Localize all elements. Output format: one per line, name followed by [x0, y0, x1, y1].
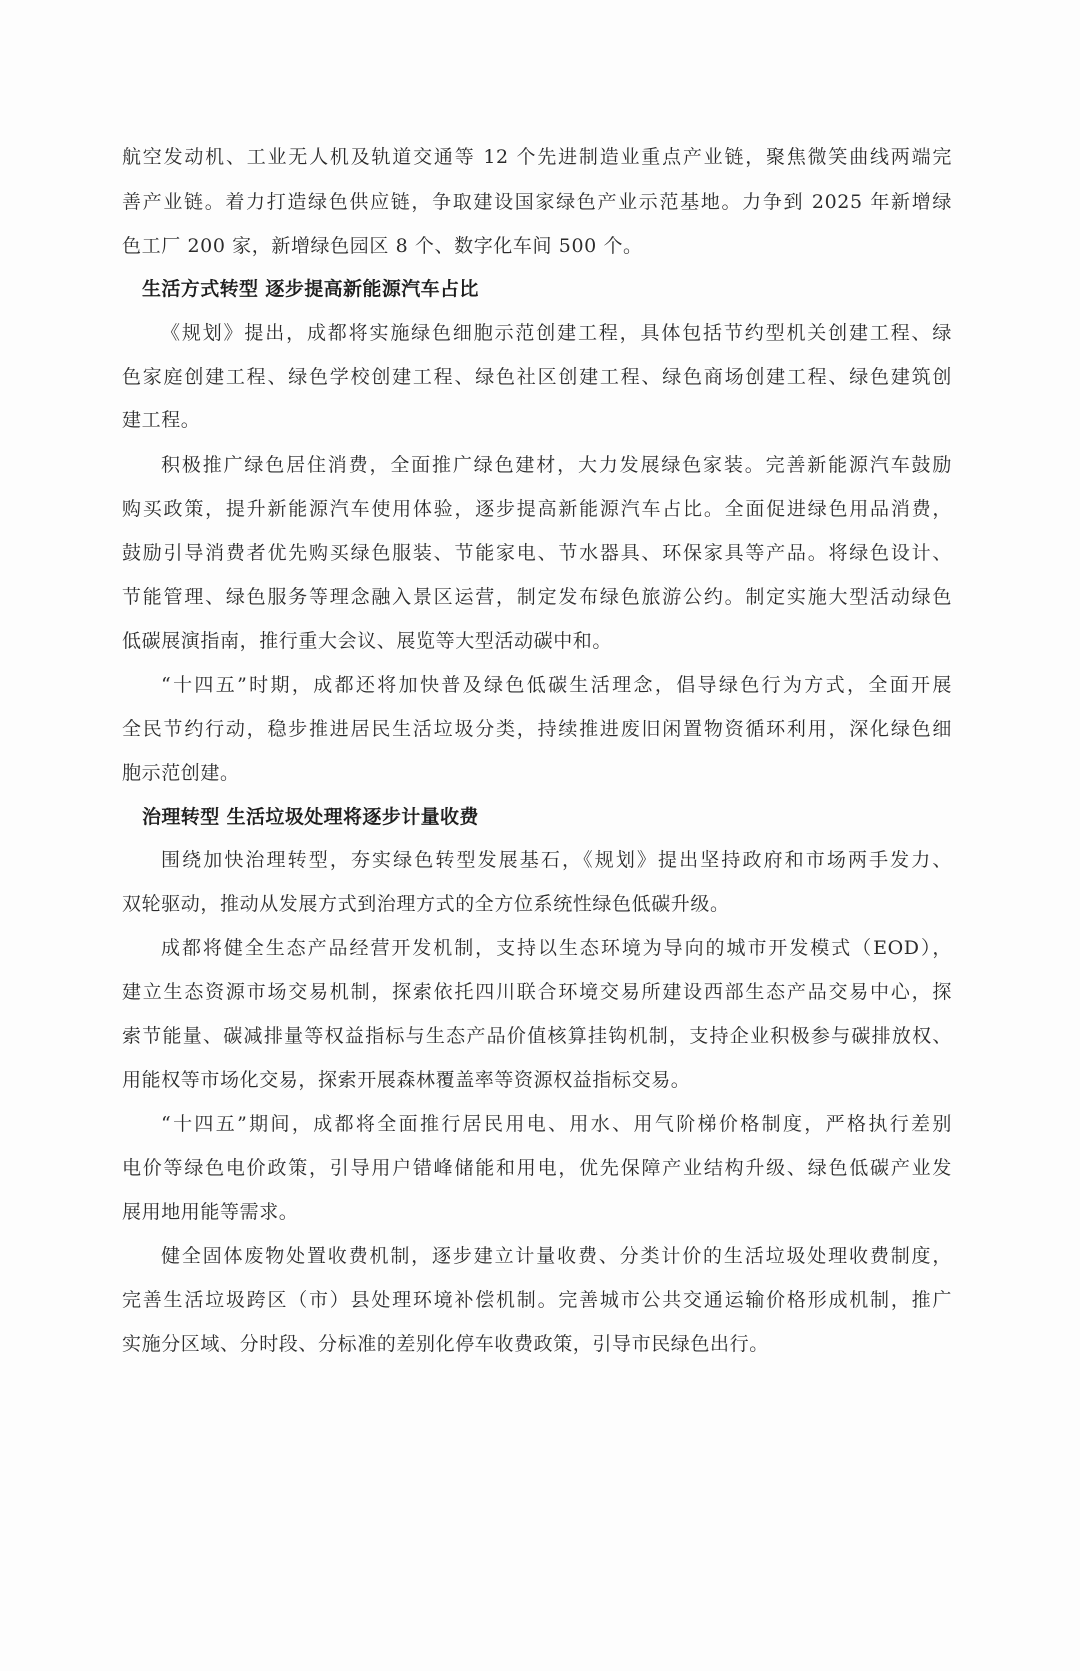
body-line: 低碳展演指南，推行重大会议、展览等大型活动碳中和。 — [122, 628, 952, 654]
body-line: 健全固体废物处置收费机制，逐步建立计量收费、分类计价的生活垃圾处理收费制度， — [161, 1243, 952, 1269]
body-line: 节能管理、绿色服务等理念融入景区运营，制定发布绿色旅游公约。制定实施大型活动绿色 — [122, 584, 952, 610]
body-line: 建立生态资源市场交易机制，探索依托四川联合环境交易所建设西部生态产品交易中心，探 — [122, 979, 952, 1005]
body-line: 航空发动机、工业无人机及轨道交通等 12 个先进制造业重点产业链，聚焦微笑曲线两… — [122, 144, 952, 170]
body-line: “十四五”时期，成都还将加快普及绿色低碳生活理念，倡导绿色行为方式，全面开展 — [161, 672, 952, 698]
body-line: 用能权等市场化交易，探索开展森林覆盖率等资源权益指标交易。 — [122, 1067, 952, 1093]
body-line: 全民节约行动，稳步推进居民生活垃圾分类，持续推进废旧闲置物资循环利用，深化绿色细 — [122, 716, 952, 742]
body-line: 实施分区域、分时段、分标准的差别化停车收费政策，引导市民绿色出行。 — [122, 1331, 952, 1357]
body-line: 建工程。 — [122, 407, 952, 433]
body-line: 色家庭创建工程、绿色学校创建工程、绿色社区创建工程、绿色商场创建工程、绿色建筑创 — [122, 364, 952, 390]
body-line: 色工厂 200 家，新增绿色园区 8 个、数字化车间 500 个。 — [122, 233, 952, 259]
body-line: 胞示范创建。 — [122, 760, 952, 786]
body-line: “十四五”期间，成都将全面推行居民用电、用水、用气阶梯价格制度，严格执行差别 — [161, 1111, 952, 1137]
body-line: 索节能量、碳减排量等权益指标与生态产品价值核算挂钩机制，支持企业积极参与碳排放权… — [122, 1023, 952, 1049]
body-line: 双轮驱动，推动从发展方式到治理方式的全方位系统性绿色低碳升级。 — [122, 891, 952, 917]
body-line: 电价等绿色电价政策，引导用户错峰储能和用电，优先保障产业结构升级、绿色低碳产业发 — [122, 1155, 952, 1181]
body-line: 展用地用能等需求。 — [122, 1199, 952, 1225]
document-page: 航空发动机、工业无人机及轨道交通等 12 个先进制造业重点产业链，聚焦微笑曲线两… — [0, 0, 1080, 1671]
body-line: 成都将健全生态产品经营开发机制，支持以生态环境为导向的城市开发模式（EOD）， — [161, 935, 952, 961]
body-line: 完善生活垃圾跨区（市）县处理环境补偿机制。完善城市公共交通运输价格形成机制，推广 — [122, 1287, 952, 1313]
section-heading: 治理转型 生活垃圾处理将逐步计量收费 — [142, 804, 479, 830]
section-heading: 生活方式转型 逐步提高新能源汽车占比 — [142, 276, 479, 302]
body-line: 鼓励引导消费者优先购买绿色服装、节能家电、节水器具、环保家具等产品。将绿色设计、 — [122, 540, 952, 566]
body-line: 善产业链。着力打造绿色供应链，争取建设国家绿色产业示范基地。力争到 2025 年… — [122, 189, 952, 215]
body-line: 《规划》提出，成都将实施绿色细胞示范创建工程，具体包括节约型机关创建工程、绿 — [161, 320, 952, 346]
body-line: 围绕加快治理转型，夯实绿色转型发展基石，《规划》提出坚持政府和市场两手发力、 — [161, 847, 952, 873]
body-line: 积极推广绿色居住消费，全面推广绿色建材，大力发展绿色家装。完善新能源汽车鼓励 — [161, 452, 952, 478]
body-line: 购买政策，提升新能源汽车使用体验，逐步提高新能源汽车占比。全面促进绿色用品消费， — [122, 496, 952, 522]
